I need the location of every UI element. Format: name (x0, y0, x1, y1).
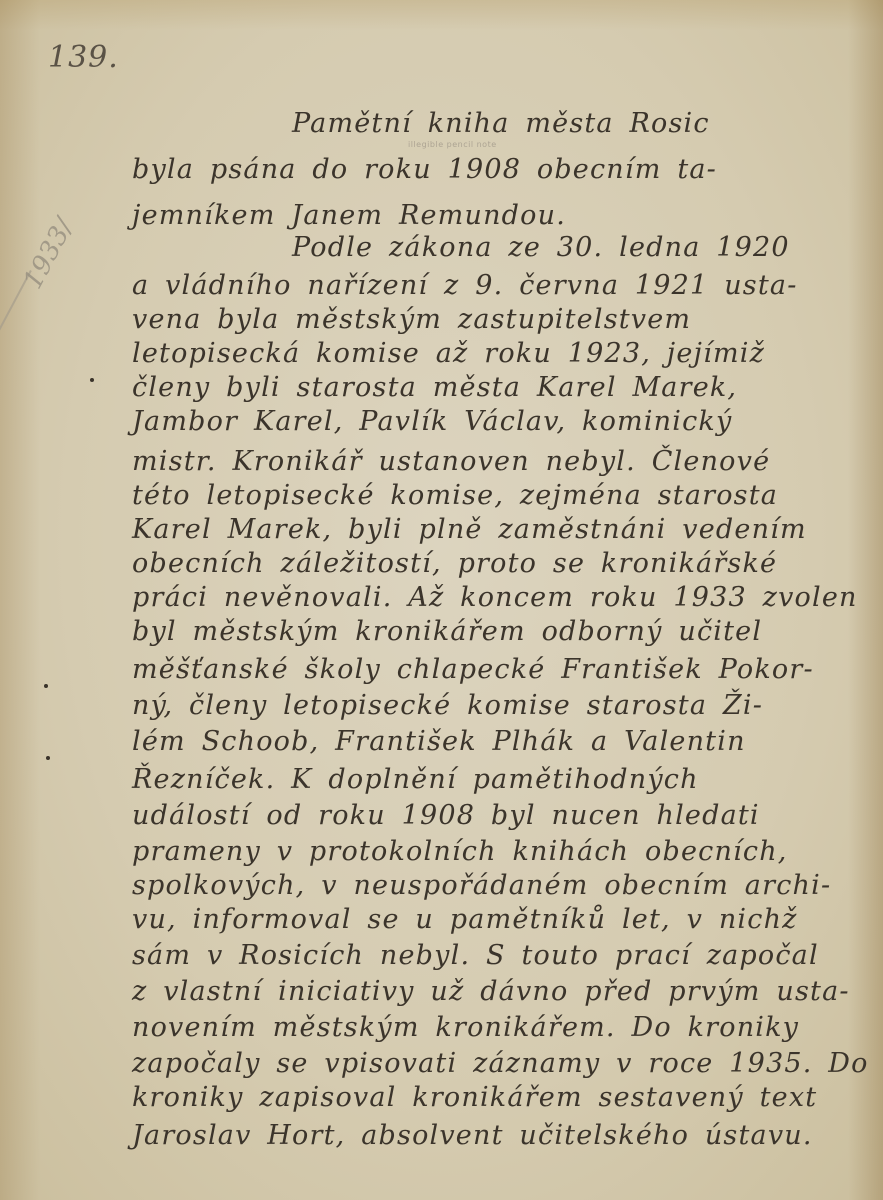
text-line: Pamětní kniha města Rosic (292, 108, 710, 139)
margin-annotation: 1933/ (18, 214, 80, 294)
text-line: práci nevěnovali. Až koncem roku 1933 zv… (132, 582, 858, 613)
text-line: vena byla městským zastupitelstvem (132, 304, 691, 335)
text-line: obecních záležitostí, proto se kronikářs… (132, 548, 777, 579)
text-line: kroniky zapisoval kronikářem sestavený t… (132, 1082, 817, 1113)
pencil-note: illegible pencil note (408, 140, 497, 149)
document-page: 139. 1933/ illegible pencil note Pamětní… (0, 0, 883, 1200)
text-line: započaly se vpisovati záznamy v roce 193… (132, 1048, 869, 1079)
text-line: spolkových, v neuspořádaném obecním arch… (132, 870, 831, 901)
text-line: novením městským kronikářem. Do kroniky (132, 1012, 799, 1043)
text-line: z vlastní iniciativy už dávno před prvým… (132, 976, 850, 1007)
ink-dot (46, 756, 50, 760)
text-line: lém Schoob, František Plhák a Valentin (132, 726, 746, 757)
text-line: Řezníček. K doplnění pamětihodných (132, 764, 699, 795)
text-line: byl městským kronikářem odborný učitel (132, 616, 762, 647)
text-line: událostí od roku 1908 byl nucen hledati (132, 800, 760, 831)
text-line: prameny v protokolních knihách obecních, (132, 836, 788, 867)
text-line: a vládního nařízení z 9. června 1921 ust… (132, 270, 798, 301)
text-line: vu, informoval se u pamětníků let, v nic… (132, 904, 798, 935)
text-line: sám v Rosicích nebyl. S touto prací zapo… (132, 940, 819, 971)
text-line: měšťanské školy chlapecké František Poko… (132, 654, 814, 685)
text-line: Podle zákona ze 30. ledna 1920 (292, 232, 790, 263)
text-line: mistr. Kronikář ustanoven nebyl. Členové (132, 446, 770, 477)
text-line: letopisecká komise až roku 1923, jejímiž (132, 338, 765, 369)
ink-dot (90, 378, 94, 382)
text-line: Jambor Karel, Pavlík Václav, kominický (132, 406, 732, 437)
text-line: Karel Marek, byli plně zaměstnáni vedení… (132, 514, 807, 545)
page-number: 139. (48, 40, 119, 75)
text-line: jemníkem Janem Remundou. (132, 200, 566, 231)
text-line: ný, členy letopisecké komise starosta Ži… (132, 690, 763, 721)
text-line: Jaroslav Hort, absolvent učitelského úst… (132, 1120, 813, 1151)
text-line: členy byli starosta města Karel Marek, (132, 372, 737, 403)
text-line: této letopisecké komise, zejména starost… (132, 480, 778, 511)
text-line: byla psána do roku 1908 obecním ta- (132, 154, 717, 185)
ink-dot (44, 684, 48, 688)
